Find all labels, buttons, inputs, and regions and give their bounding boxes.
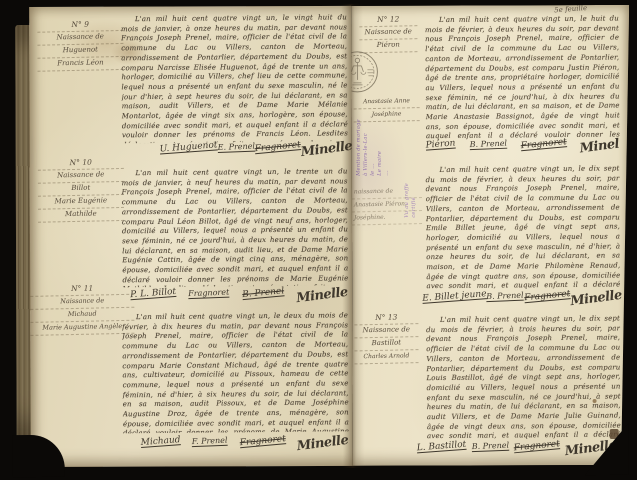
margin-note-line: Mathilde: [38, 208, 124, 223]
signature: Fragnoret: [520, 137, 567, 151]
signature: E. Prenel: [217, 142, 255, 152]
signature-row-act-12bis: E. Billet jeune B. Prenel Fragnoret Mine…: [422, 291, 620, 314]
signature: Piéron: [425, 138, 455, 150]
signature-row-act-13: L. Bastillot B. Prenel Fragnoret Minelle: [417, 441, 617, 468]
margin-note-line: Francis Léon: [37, 57, 123, 72]
signature: Minelle: [296, 285, 349, 306]
margin-note-line: Marie Augustine Angèle: [30, 321, 134, 336]
signature: Michaud: [140, 435, 180, 448]
marriage-mention-stamp: Mention de mariage à Villers-le-Lac le .…: [356, 118, 391, 176]
signature: Fragnoret: [513, 439, 560, 453]
signature: Minelle: [296, 433, 349, 454]
sheet-number: 5e feuille: [554, 4, 587, 14]
signature: Fragnoret: [254, 140, 301, 154]
birth-act-11-text: L'an mil huit cent quatre vingt un, le d…: [122, 311, 349, 433]
signature: Fragnoret: [524, 289, 571, 303]
act-number: N° 12: [359, 13, 417, 27]
signature: Fragnoret: [188, 288, 229, 299]
birth-act-10-text: L'an mil huit cent quatre vingt un, le t…: [121, 167, 348, 287]
signature: Fragnoret: [239, 434, 286, 448]
margin-note-line: Naissance de: [359, 26, 417, 40]
margin-note-act-10: N° 10 Naissance de Billot Marie Eugénie …: [38, 157, 124, 222]
signature-row-act-12: Piéron B. Prenel Fragnoret Minel: [426, 139, 620, 164]
signature: B. Prenel: [471, 441, 509, 451]
signature: E. Billet jeune: [422, 289, 487, 304]
open-register-book: N° 9 Naissance de Huguenot Francis Léon …: [15, 3, 623, 471]
birth-act-9-text: L'an mil huit cent quatre vingt un, le v…: [121, 13, 348, 143]
left-page: N° 9 Naissance de Huguenot Francis Léon …: [29, 6, 353, 467]
signature: Minelle: [300, 139, 353, 160]
birth-act-12-text: L'an mil huit cent quatre vingt un, le h…: [425, 14, 620, 140]
signature: F. Prenel: [192, 436, 228, 446]
register-scan: N° 9 Naissance de Huguenot Francis Léon …: [0, 0, 637, 480]
signature: B. Prenel: [486, 291, 524, 301]
birth-act-13-text: L'an mil huit cent quatre vingt un, le d…: [426, 314, 621, 440]
signature-row-act-9: U. Huguenot E. Prenel Fragnoret Minelle: [160, 142, 350, 167]
margin-note-act-12: N° 12 Naissance de Piéron: [359, 14, 417, 53]
signature-row-act-10: P. L. Billot Fragnoret B. Prenel Minelle: [130, 288, 348, 311]
signature: B. Prenel: [469, 139, 507, 149]
right-page: 5e feuille N° 12 Naissance de Piéron: [351, 5, 631, 466]
margin-note-act-13: N° 13 Naissance de Bastillot Charles Arn…: [354, 312, 418, 364]
margin-note-act-9: N° 9 Naissance de Huguenot Francis Léon: [37, 19, 123, 71]
margin-note-line: Charles Arnold: [354, 350, 418, 364]
signature-row-act-11: Michaud F. Prenel Fragnoret Minelle: [141, 436, 349, 463]
margin-note-act-11: N° 11 Naissance de Michaud Marie Augusti…: [30, 283, 134, 335]
paper-stain: [593, 399, 597, 403]
signature: Minel: [579, 137, 620, 157]
signature: B. Prenel: [242, 286, 285, 300]
birth-act-12bis-text: L'an mil huit cent quatre vingt un, le d…: [425, 164, 620, 290]
signature: Minelle: [569, 288, 622, 309]
signature: U. Huguenot: [159, 140, 217, 154]
signature: L. Bastillot: [416, 440, 466, 454]
margin-note-line: Joséphine.: [352, 211, 422, 225]
signature: P. L. Billot: [130, 287, 177, 300]
margin-note-mention: naissance de Anastasie Piéron, Joséphine…: [352, 186, 422, 225]
stamp-line: ...: [384, 118, 391, 176]
